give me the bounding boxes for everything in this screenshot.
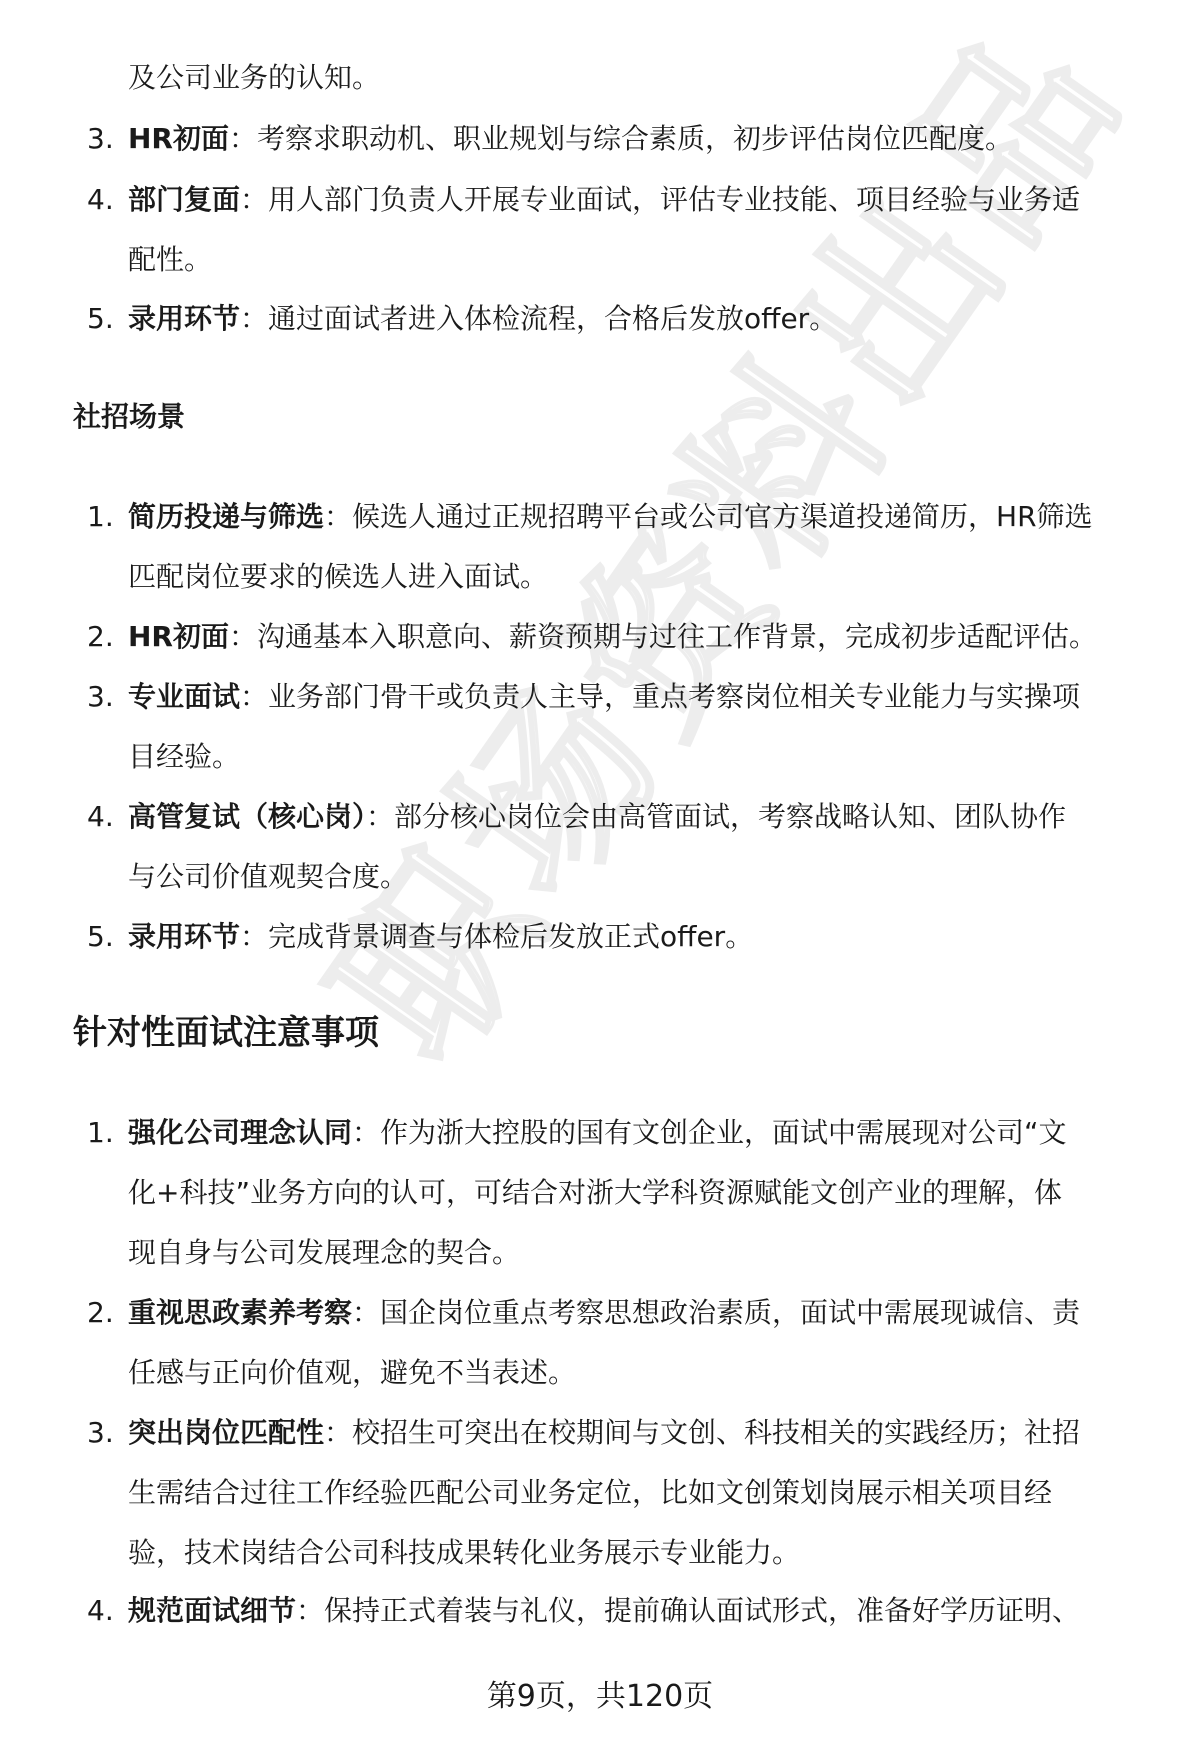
item-title: 录用环节	[128, 920, 240, 953]
item-text: 生需结合过往工作经验匹配公司业务定位，比如文创策划岗展示相关项目经	[128, 1473, 1052, 1513]
item-text: 国企岗位重点考察思想政治素质，面试中需展现诚信、责	[380, 1296, 1080, 1329]
item-text: 考察求职动机、职业规划与综合素质，初步评估岗位匹配度。	[257, 122, 1013, 155]
item-text: 现自身与公司发展理念的契合。	[128, 1233, 520, 1273]
list-number: 4.	[87, 797, 114, 837]
item-title: 突出岗位匹配性	[128, 1416, 324, 1449]
list-number: 3.	[87, 677, 114, 717]
section-heading-tips: 针对性面试注意事项	[73, 1010, 379, 1056]
document-page: 职场资料出品 及公司业务的认知。 3. HR初面：考察求职动机、职业规划与综合素…	[0, 0, 1200, 1755]
item-text: 化+科技”业务方向的认可，可结合对浙大学科资源赋能文创产业的理解，体	[128, 1173, 1062, 1213]
list-number: 4.	[87, 180, 114, 220]
item-text: 候选人通过正规招聘平台或公司官方渠道投递简历，HR筛选	[352, 500, 1093, 533]
list-number: 5.	[87, 917, 114, 957]
item-title: 录用环节	[128, 302, 240, 335]
item-text: 作为浙大控股的国有文创企业，面试中需展现对公司“文	[380, 1116, 1067, 1149]
item-text: 保持正式着装与礼仪，提前确认面试形式，准备好学历证明、	[324, 1594, 1080, 1627]
item-title: HR初面	[128, 620, 229, 653]
item-title: 规范面试细节	[128, 1594, 296, 1627]
item-text: 目经验。	[128, 737, 240, 777]
item-title: 简历投递与筛选	[128, 500, 324, 533]
item-text: 用人部门负责人开展专业面试，评估专业技能、项目经验与业务适	[268, 183, 1080, 216]
list-number: 1.	[87, 1113, 114, 1153]
item-title: 专业面试	[128, 680, 240, 713]
list-number: 3.	[87, 119, 114, 159]
list-number: 3.	[87, 1413, 114, 1453]
item-text: 完成背景调查与体检后发放正式offer。	[268, 920, 753, 953]
item-text: 配性。	[128, 240, 212, 280]
list-number: 5.	[87, 299, 114, 339]
list-number: 4.	[87, 1591, 114, 1631]
item-title: 部门复面	[128, 183, 240, 216]
item-text: 沟通基本入职意向、薪资预期与过往工作背景，完成初步适配评估。	[257, 620, 1097, 653]
item-text: 任感与正向价值观，避免不当表述。	[128, 1353, 576, 1393]
list-number: 2.	[87, 617, 114, 657]
item-text: 匹配岗位要求的候选人进入面试。	[128, 557, 548, 597]
continuation-text: 及公司业务的认知。	[128, 58, 380, 98]
item-title: 高管复试（核心岗）	[128, 800, 366, 833]
item-title: 重视思政素养考察	[128, 1296, 352, 1329]
item-text: 验，技术岗结合公司科技成果转化业务展示专业能力。	[128, 1533, 800, 1573]
list-number: 2.	[87, 1293, 114, 1333]
item-text: 校招生可突出在校期间与文创、科技相关的实践经历；社招	[352, 1416, 1080, 1449]
list-number: 1.	[87, 497, 114, 537]
page-number: 第9页，共120页	[0, 1677, 1200, 1717]
item-text: 通过面试者进入体检流程，合格后发放offer。	[268, 302, 837, 335]
section-heading-social: 社招场景	[73, 397, 185, 437]
item-text: 部分核心岗位会由高管面试，考察战略认知、团队协作	[394, 800, 1066, 833]
item-title: 强化公司理念认同	[128, 1116, 352, 1149]
item-text: 与公司价值观契合度。	[128, 857, 408, 897]
item-text: 业务部门骨干或负责人主导，重点考察岗位相关专业能力与实操项	[268, 680, 1080, 713]
item-title: HR初面	[128, 122, 229, 155]
